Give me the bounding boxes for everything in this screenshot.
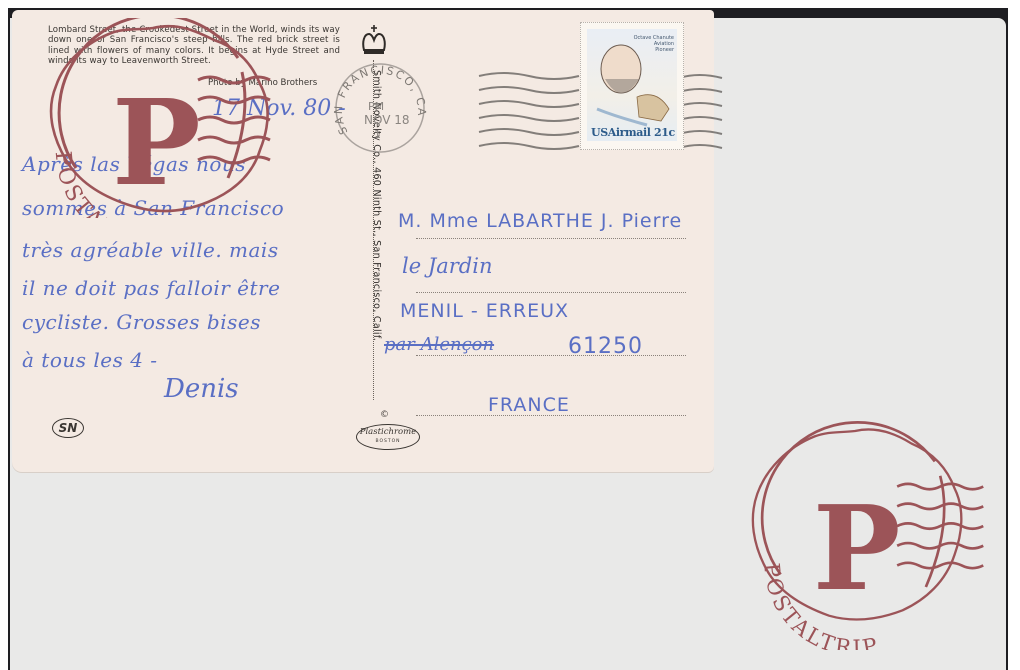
stamp-denomination: USAirmail 21c (591, 126, 675, 139)
postage-stamp: Octave Chanute Aviation Pioneer USAirmai… (580, 22, 684, 150)
postmark-date: NOV 18 (364, 113, 410, 127)
address-line-3: MENIL - ERREUX (400, 300, 569, 322)
stamp-subject: Octave Chanute Aviation Pioneer (634, 35, 674, 53)
printer-logo: Plastichrome BOSTON (356, 424, 420, 450)
copyright-symbol: © (380, 410, 389, 420)
postaltrip-watermark-logo: P POSTALTRIP (28, 18, 318, 218)
crown-icon (360, 24, 388, 58)
message-line: il ne doit pas falloir être (22, 276, 280, 300)
postaltrip-watermark-logo-secondary: P POSTALTRIP (734, 420, 994, 650)
message-line: cycliste. Grosses bises (22, 310, 261, 334)
address-recipient: M. Mme LABARTHE J. Pierre (398, 210, 682, 232)
address-rule (416, 355, 686, 356)
address-line-2: le Jardin (402, 254, 492, 278)
signature: Denis (164, 374, 239, 404)
message-line: très agréable ville. mais (22, 238, 279, 262)
stamp-image: Octave Chanute Aviation Pioneer USAirmai… (587, 29, 677, 141)
svg-text:P: P (112, 73, 201, 212)
message-line: à tous les 4 - (22, 348, 158, 372)
postmark-time: PM (368, 100, 384, 113)
sn-logo: SN (52, 418, 84, 438)
address-postcode: 61250 (568, 334, 643, 359)
address-struck-city: par Alençon (384, 334, 494, 355)
address-country: FRANCE (488, 394, 570, 416)
address-rule (416, 292, 686, 293)
address-rule (416, 238, 686, 239)
svg-text:P: P (813, 481, 901, 617)
postmark-year: 1 (374, 128, 381, 141)
